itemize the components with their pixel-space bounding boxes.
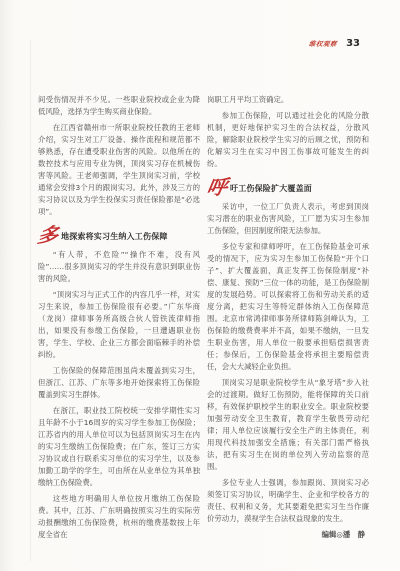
section-heading-text: 吁工伤保险扩大覆盖面	[230, 183, 312, 196]
editor-credit: 编辑◎潘 静	[207, 529, 369, 541]
section-heading-drop-cap: 多	[36, 226, 59, 244]
article-body: 间受伤情况并不少见。一些职业院校或企业为降低风险，选择为学生购买商业保险。 在江…	[38, 94, 368, 545]
page-number: 33	[346, 38, 360, 49]
paragraph: “有人带，不危险”“操作不难，没有风险”……很多顶岗实习的学生并没有意识到职业伤…	[38, 249, 200, 285]
paragraph: 在江西省赣州市一所职业院校任教的王老师介绍，实习生对工厂设备、操作流程和规范都不…	[38, 122, 200, 218]
masthead-section-label: 维权观察	[308, 39, 337, 48]
paragraph: 在浙江，职业技工院校统一安排学期性实习且年龄不小于16周岁的实习学生参加工伤保险…	[38, 405, 200, 489]
right-column: 岗职工月平均工资确定。 参加工伤保险，可以通过社会化的风险分散机制，更好地保护实…	[207, 94, 369, 545]
section-heading: 呼 吁工伤保险扩大覆盖面	[207, 178, 369, 196]
paragraph: 多位专家和律师呼吁，在工伤保险基金可承受的情况下，应为实习生参加工伤保险“开个口…	[207, 241, 369, 373]
paragraph: 工伤保险的保障范围虽尚未覆盖到实习生，但浙江、江苏、广东等多地开始探索将工伤保险…	[38, 365, 200, 401]
paragraph: 这些地方明确用人单位按月缴纳工伤保险费。其中，江苏、广东明确按照实习生的实际劳动…	[38, 493, 200, 541]
section-heading: 多 地探索将实习生纳入工伤保障	[38, 226, 200, 244]
paragraph: 参加工伤保险，可以通过社会化的风险分散机制，更好地保护实习生的合法权益，分散风险…	[207, 110, 369, 170]
paragraph: 间受伤情况并不少见。一些职业院校或企业为降低风险，选择为学生购买商业保险。	[38, 94, 200, 118]
paragraph: 采访中，一位工厂负责人表示，考虑到顶岗实习潜在的职业伤害风险，工厂愿为实习生参加…	[207, 201, 369, 237]
left-column: 间受伤情况并不少见。一些职业院校或企业为降低风险，选择为学生购买商业保险。 在江…	[38, 94, 200, 545]
magazine-page: 维权观察 33 间受伤情况并不少见。一些职业院校或企业为降低风险，选择为学生购买…	[0, 0, 400, 571]
paragraph: 岗职工月平均工资确定。	[207, 94, 369, 106]
paragraph: “顶岗实习与正式工作的内容几乎一样，对实习生来说，参加工伤保险很有必要。”广东华…	[38, 289, 200, 361]
section-heading-text: 地探索将实习生纳入工伤保障	[61, 231, 168, 244]
paragraph: 顶岗实习是职业院校学生从“象牙塔”步入社会的过渡期。做好工伤预防，能将保障的关口…	[207, 377, 369, 473]
paragraph: 多位专业人士强调，参加跟岗、顶岗实习必须签订实习协议，明确学生、企业和学校各方的…	[207, 477, 369, 525]
masthead: 维权观察 33	[309, 38, 360, 49]
section-heading-drop-cap: 呼	[205, 178, 228, 196]
